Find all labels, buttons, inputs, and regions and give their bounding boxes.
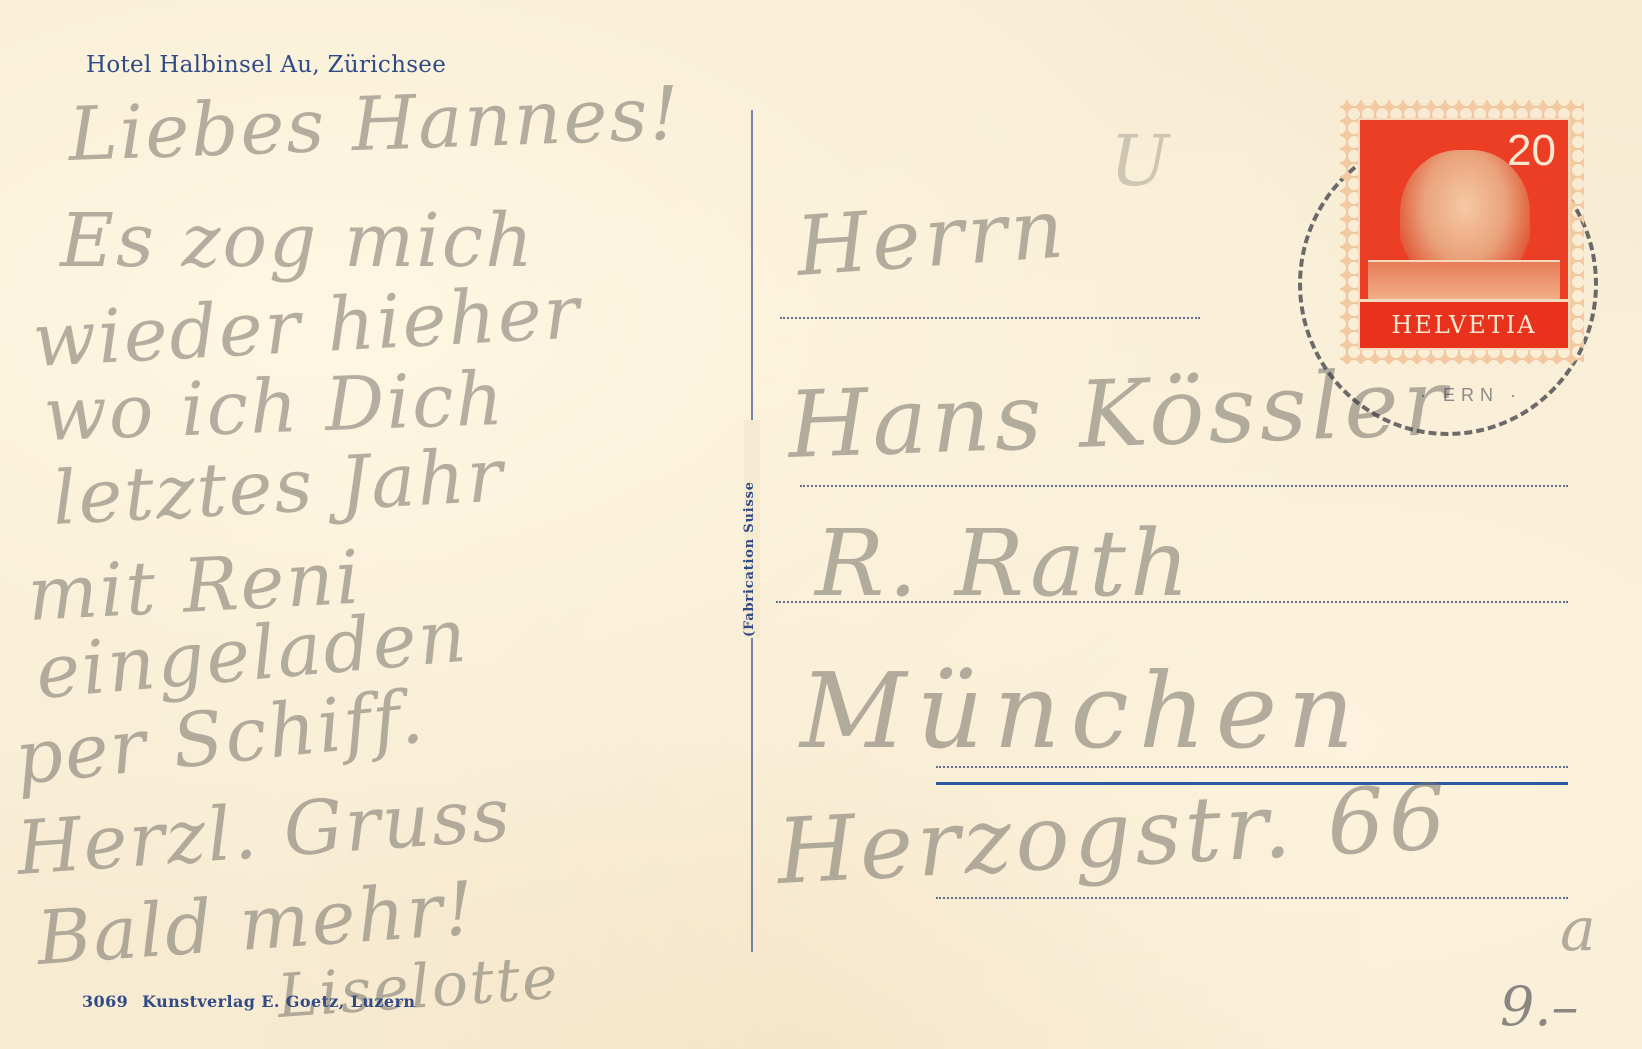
publisher-name: Kunstverlag E. Goetz, Luzern — [142, 992, 415, 1011]
address-line: R. Rath — [815, 510, 1193, 617]
fabrication-note: (Fabrication Suisse — [742, 481, 757, 637]
address-rule-1 — [780, 317, 1200, 319]
message-line: Liebes Hannes! — [67, 71, 682, 178]
address-top-mark: U — [1110, 120, 1169, 202]
address-rule-2 — [800, 485, 1568, 487]
publisher-number: 3069 — [82, 992, 128, 1011]
address-extra: a — [1560, 895, 1596, 965]
postmark-text: · ERN · — [1420, 385, 1522, 406]
corner-note: 9.– — [1500, 975, 1579, 1038]
address-line: Herzogstr. 66 — [775, 765, 1453, 905]
publisher-imprint: 3069Kunstverlag E. Goetz, Luzern — [82, 992, 415, 1011]
address-rule-5 — [936, 897, 1568, 899]
header-title: Hotel Halbinsel Au, Zürichsee — [86, 52, 446, 78]
message-line: Es zog mich — [60, 198, 535, 284]
address-line: München — [800, 650, 1364, 772]
stamp-value: 20 — [1507, 126, 1556, 176]
postage-stamp: 20 HELVETIA — [1340, 100, 1584, 364]
stamp-face: 20 HELVETIA — [1358, 118, 1570, 350]
stamp-bust — [1368, 260, 1560, 302]
postcard-back: Hotel Halbinsel Au, Zürichsee Liebes Han… — [0, 0, 1642, 1049]
address-line: Herrn — [793, 181, 1070, 295]
stamp-country: HELVETIA — [1360, 299, 1568, 348]
